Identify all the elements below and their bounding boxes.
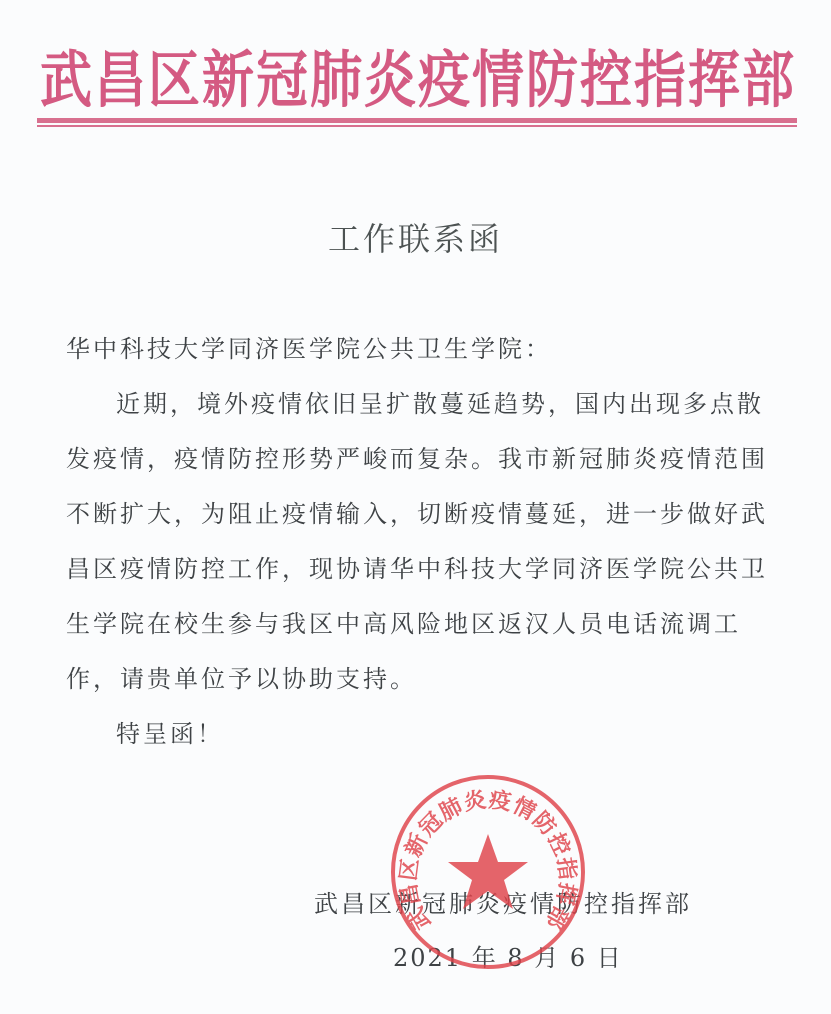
body-line: 作，请贵单位予以协助支持。 — [66, 652, 806, 707]
body-line: 生学院在校生参与我区中高风险地区返汉人员电话流调工 — [66, 597, 806, 652]
salutation: 华中科技大学同济医学院公共卫生学院： — [66, 322, 806, 377]
letterhead-organization: 武昌区新冠肺炎疫情防控指挥部 — [40, 30, 792, 118]
body-line: 发疫情，疫情防控形势严峻而复杂。我市新冠肺炎疫情范围 — [66, 432, 806, 487]
signature-organization: 武昌区新冠肺炎疫情防控指挥部 — [314, 884, 692, 919]
document-title: 工作联系函 — [0, 214, 831, 260]
body-line: 昌区疫情防控工作，现协请华中科技大学同济医学院公共卫 — [66, 542, 806, 597]
letterhead-rule-thick — [37, 118, 797, 123]
closing: 特呈函！ — [66, 707, 806, 762]
body-line: 不断扩大，为阻止疫情输入，切断疫情蔓延，进一步做好武 — [66, 487, 806, 542]
signature-date: 2021 年 8 月 6 日 — [393, 938, 623, 973]
body-line: 近期，境外疫情依旧呈扩散蔓延趋势，国内出现多点散 — [66, 377, 806, 432]
letterhead-rule-thin — [37, 125, 797, 127]
letter-body: 华中科技大学同济医学院公共卫生学院： 近期，境外疫情依旧呈扩散蔓延趋势，国内出现… — [66, 322, 806, 762]
letter-page: 武昌区新冠肺炎疫情防控指挥部 工作联系函 华中科技大学同济医学院公共卫生学院： … — [0, 0, 831, 1014]
